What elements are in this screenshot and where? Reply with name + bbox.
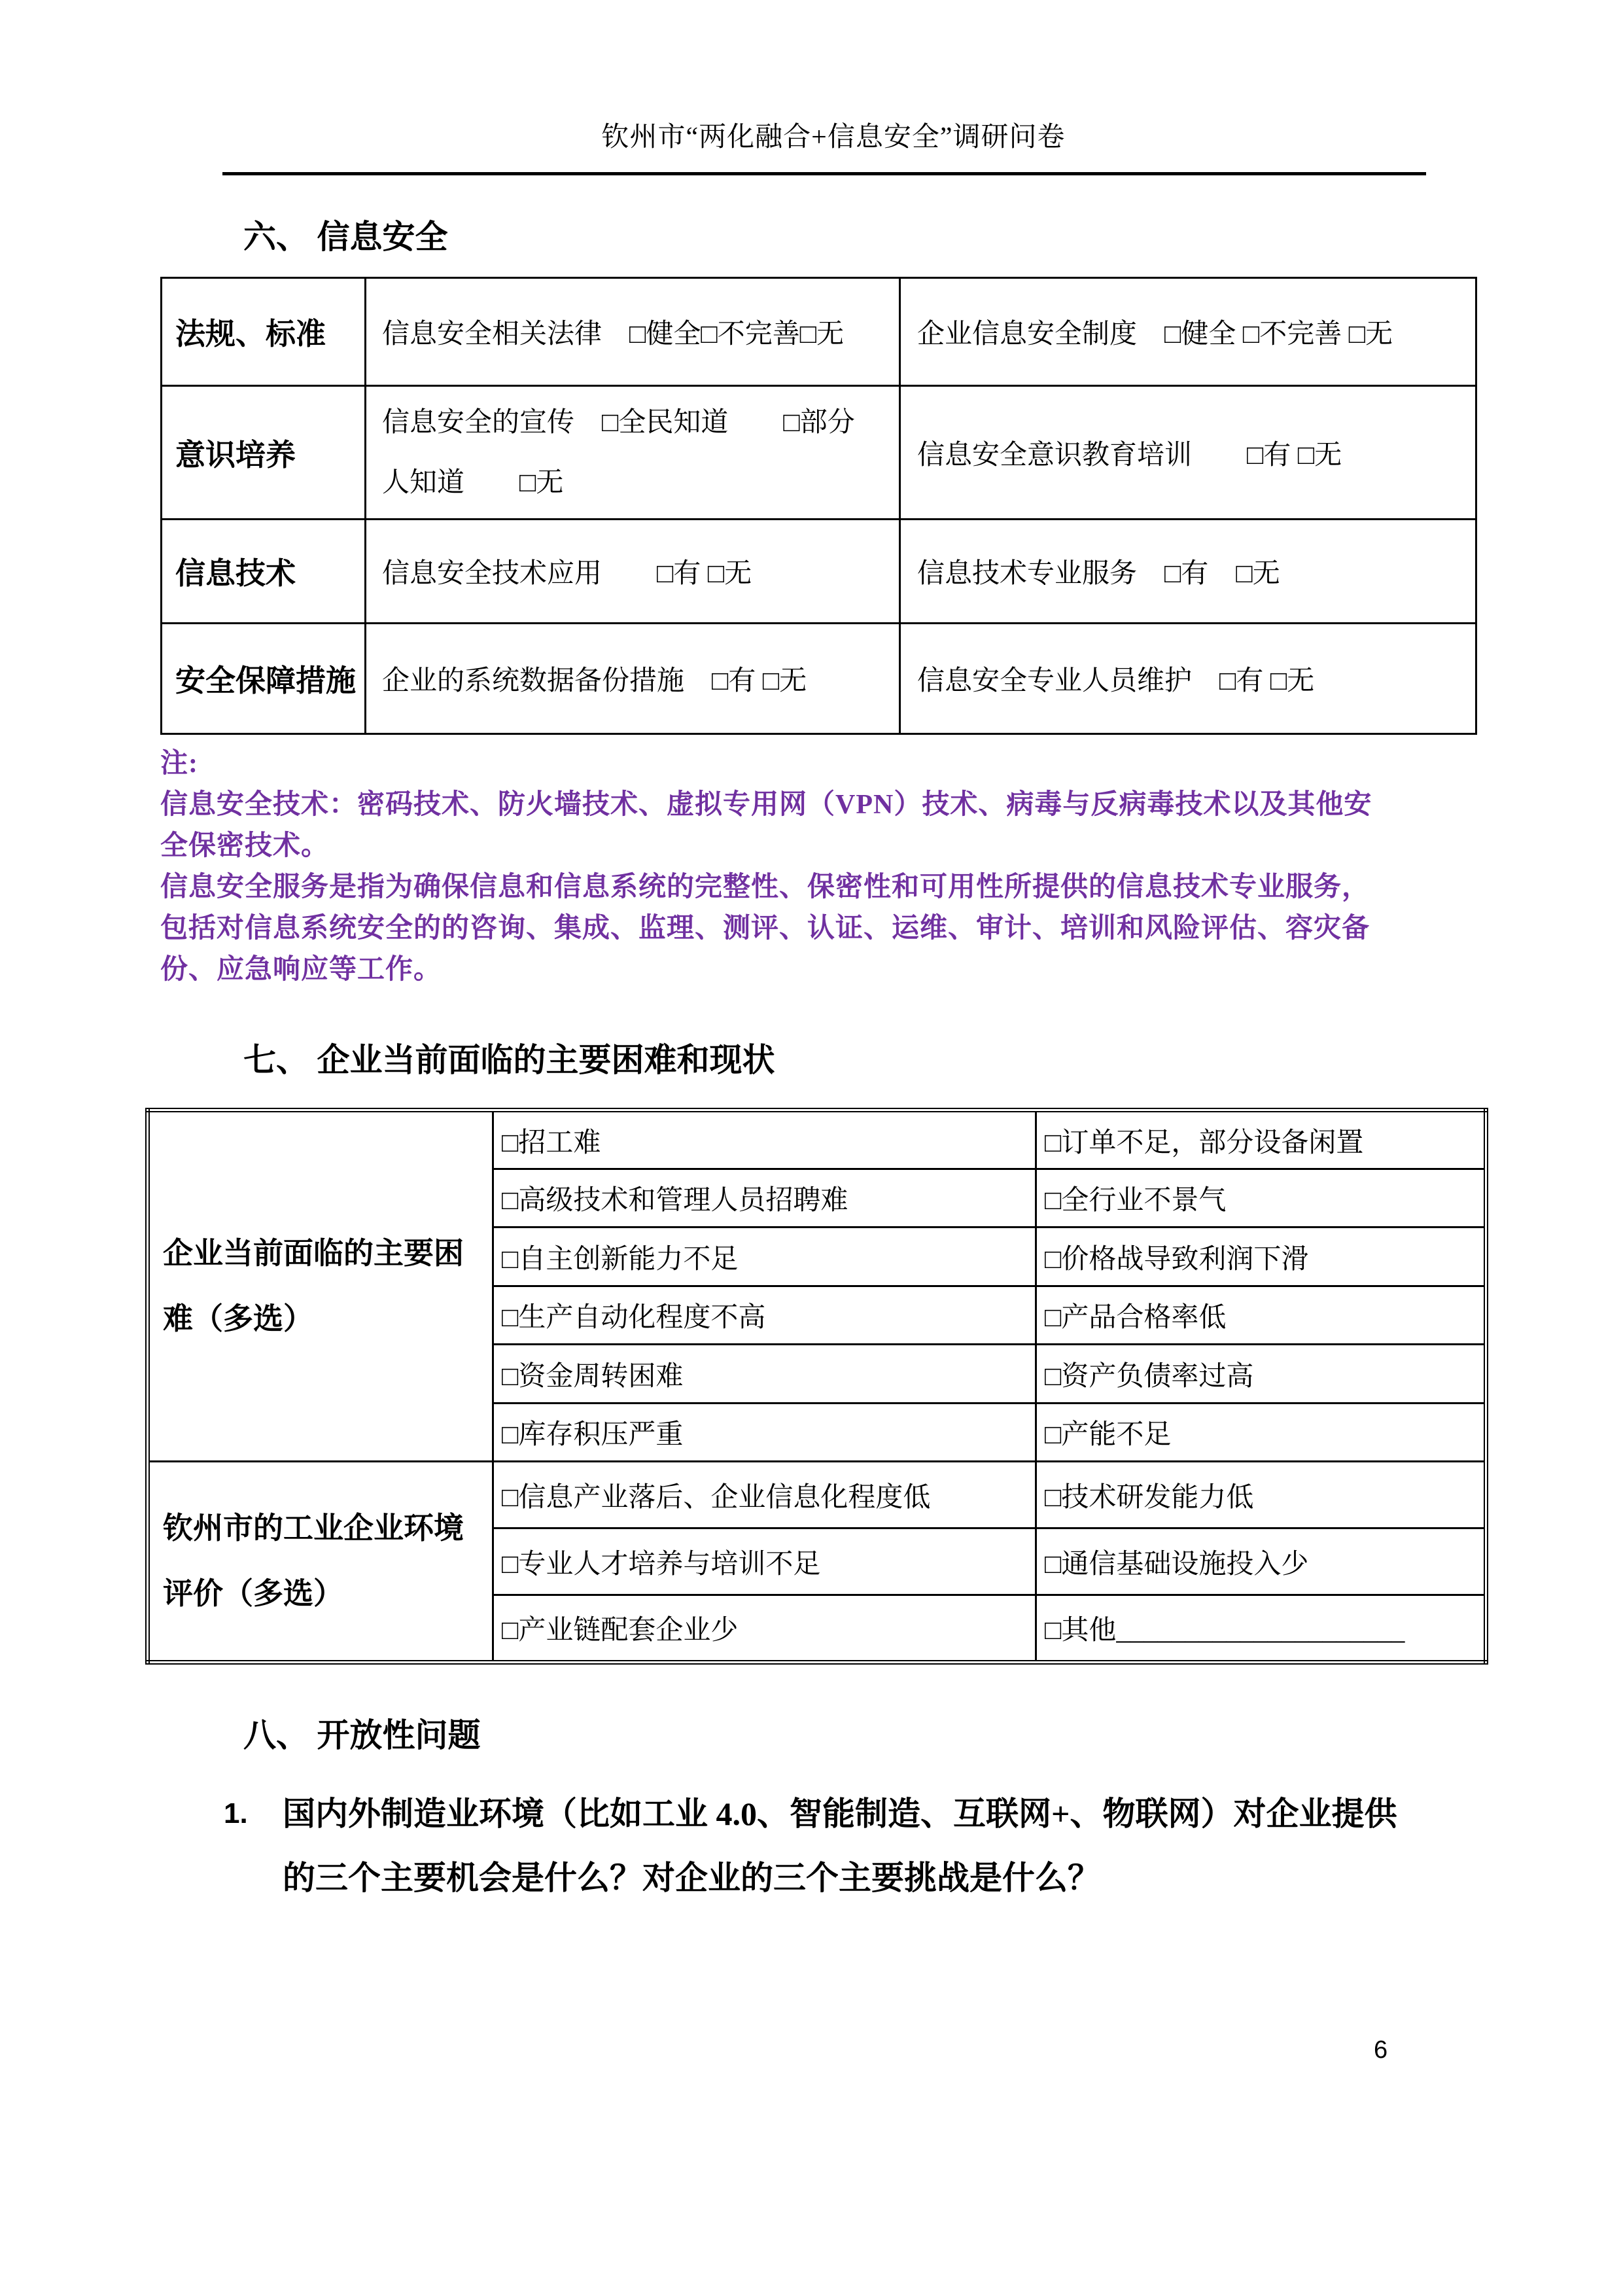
option-cell: □全行业不景气: [1036, 1169, 1486, 1227]
cell-line: 人知道 □无: [382, 453, 898, 513]
note-label: 注:: [160, 743, 1442, 785]
option-cell: □产业链配套企业少: [493, 1595, 1036, 1663]
cell-education-training-options: 信息安全意识教育培训 □有 □无: [900, 386, 1476, 520]
row-header-main-difficulties: 企业当前面临的主要困 难（多选）: [148, 1110, 493, 1462]
option-cell: □招工难: [493, 1110, 1036, 1169]
option-cell: □其他_____________________: [1036, 1595, 1486, 1663]
cell-publicity-options: 信息安全的宣传 □全民知道 □部分 人知道 □无: [366, 386, 900, 520]
option-cell: □通信基础设施投入少: [1036, 1528, 1486, 1595]
option-cell: □资金周转困难: [493, 1345, 1036, 1404]
question1-line: 国内外制造业环境（比如工业 4.0、智能制造、互联网+、物联网）对企业提供: [283, 1782, 1434, 1846]
cell-line: 信息安全的宣传 □全民知道 □部分: [382, 393, 898, 453]
label-line: 企业当前面临的主要困: [163, 1221, 491, 1286]
cell-tech-application-options: 信息安全技术应用 □有 □无: [366, 520, 900, 624]
cell-laws-options: 信息安全相关法律 □健全□不完善□无: [366, 278, 900, 386]
difficulties-table: 企业当前面临的主要困 难（多选） □招工难 □订单不足，部分设备闲置 □高级技术…: [145, 1108, 1488, 1665]
question1-text: 国内外制造业环境（比如工业 4.0、智能制造、互联网+、物联网）对企业提供 的三…: [283, 1782, 1434, 1910]
table-row: 法规、标准 信息安全相关法律 □健全□不完善□无 企业信息安全制度 □健全 □不…: [162, 278, 1476, 386]
note-text: ）技术、病毒与反病毒技术以及其他安: [894, 790, 1372, 820]
note-vpn: VPN: [835, 790, 894, 820]
table-row: 信息技术 信息安全技术应用 □有 □无 信息技术专业服务 □有 □无: [162, 520, 1476, 624]
cell-data-backup-options: 企业的系统数据备份措施 □有 □无: [366, 624, 900, 734]
option-cell: □专业人才培养与培训不足: [493, 1528, 1036, 1595]
option-cell: □产品合格率低: [1036, 1286, 1486, 1345]
question1-line: 的三个主要机会是什么？对企业的三个主要挑战是什么？: [283, 1846, 1434, 1910]
label-line: 钦州市的工业企业环境: [163, 1496, 491, 1561]
label-line: 评价（多选）: [163, 1561, 491, 1627]
table-row: 企业当前面临的主要困 难（多选） □招工难 □订单不足，部分设备闲置: [148, 1110, 1486, 1169]
note-service-line1: 信息安全服务是指为确保信息和信息系统的完整性、保密性和可用性所提供的信息技术专业…: [160, 867, 1442, 908]
note-service-line2: 包括对信息系统安全的的咨询、集成、监理、测评、认证、运维、审计、培训和风险评估、…: [160, 908, 1442, 949]
option-cell: □自主创新能力不足: [493, 1227, 1036, 1286]
page-number: 6: [1374, 2036, 1387, 2064]
document-title: 钦州市“两化融合+信息安全”调研问卷: [241, 115, 1426, 154]
option-cell: □高级技术和管理人员招聘难: [493, 1169, 1036, 1227]
note-tech-line1: 信息安全技术：密码技术、防火墙技术、虚拟专用网（VPN）技术、病毒与反病毒技术以…: [160, 785, 1442, 826]
option-cell: □生产自动化程度不高: [493, 1286, 1036, 1345]
option-cell: □资产负债率过高: [1036, 1345, 1486, 1404]
label-line: 难（多选）: [163, 1286, 491, 1352]
table-row: 安全保障措施 企业的系统数据备份措施 □有 □无 信息安全专业人员维护 □有 □…: [162, 624, 1476, 734]
option-cell: □库存积压严重: [493, 1404, 1036, 1462]
table-row: 意识培养 信息安全的宣传 □全民知道 □部分 人知道 □无 信息安全意识教育培训…: [162, 386, 1476, 520]
info-security-table: 法规、标准 信息安全相关法律 □健全□不完善□无 企业信息安全制度 □健全 □不…: [160, 277, 1477, 735]
option-cell: □信息产业落后、企业信息化程度低: [493, 1462, 1036, 1528]
note-tech-line2: 全保密技术。: [160, 826, 1442, 867]
row-header-environment-evaluation: 钦州市的工业企业环境 评价（多选）: [148, 1462, 493, 1663]
note-block: 注: 信息安全技术：密码技术、防火墙技术、虚拟专用网（VPN）技术、病毒与反病毒…: [160, 743, 1442, 991]
row-header-awareness: 意识培养: [162, 386, 366, 520]
section7-heading: 七、 企业当前面临的主要困难和现状: [243, 1034, 775, 1081]
cell-personnel-maintenance-options: 信息安全专业人员维护 □有 □无: [900, 624, 1476, 734]
table-row: 钦州市的工业企业环境 评价（多选） □信息产业落后、企业信息化程度低 □技术研发…: [148, 1462, 1486, 1528]
option-cell: □价格战导致利润下滑: [1036, 1227, 1486, 1286]
option-cell: □技术研发能力低: [1036, 1462, 1486, 1528]
row-header-it: 信息技术: [162, 520, 366, 624]
section6-heading: 六、 信息安全: [243, 211, 448, 258]
note-service-line3: 份、应急响应等工作。: [160, 949, 1442, 991]
section8-heading: 八、 开放性问题: [243, 1709, 481, 1756]
header-rule: [222, 172, 1426, 175]
cell-enterprise-system-options: 企业信息安全制度 □健全 □不完善 □无: [900, 278, 1476, 386]
row-header-safeguards: 安全保障措施: [162, 624, 366, 734]
question1-number: 1.: [224, 1782, 283, 1846]
option-cell: □订单不足，部分设备闲置: [1036, 1110, 1486, 1169]
note-text: 信息安全技术：密码技术、防火墙技术、虚拟专用网（: [160, 790, 835, 820]
cell-professional-service-options: 信息技术专业服务 □有 □无: [900, 520, 1476, 624]
row-header-regulations: 法规、标准: [162, 278, 366, 386]
option-cell: □产能不足: [1036, 1404, 1486, 1462]
